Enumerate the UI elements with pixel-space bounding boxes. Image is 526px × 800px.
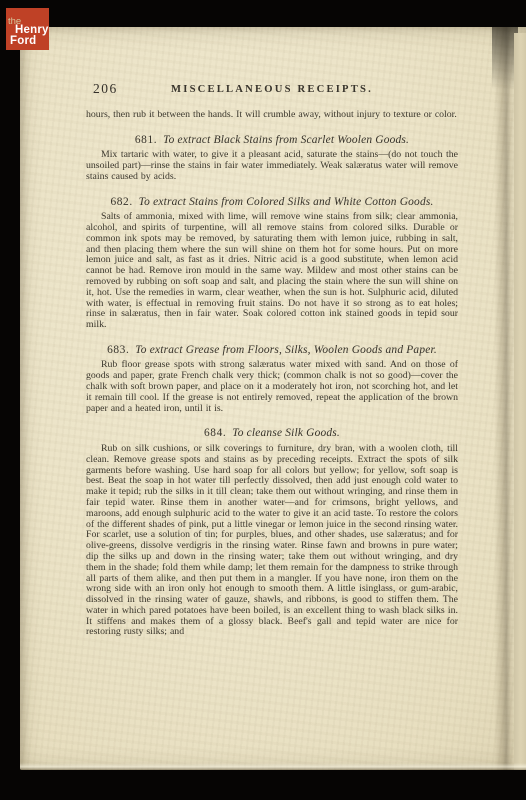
page-number: 206 <box>93 81 118 97</box>
continuation-paragraph: hours, then rub it between the hands. It… <box>86 110 458 121</box>
section-title: To extract Stains from Colored Silks and… <box>139 196 434 208</box>
section-heading: 684. To cleanse Silk Goods. <box>86 427 458 441</box>
page-right-edge <box>514 33 526 770</box>
photo-background: the Henry Ford 206 MISCELLANEOUS RECEIPT… <box>0 0 526 800</box>
section-number: 681. <box>135 134 157 146</box>
book-page: 206 MISCELLANEOUS RECEIPTS. hours, then … <box>20 27 526 770</box>
section-body: Rub floor grease spots with strong salær… <box>86 360 458 414</box>
printed-content: 206 MISCELLANEOUS RECEIPTS. hours, then … <box>86 81 458 638</box>
page-gutter-top-shadow <box>492 27 518 97</box>
section-body: Rub on silk cushions, or silk coverings … <box>86 444 458 638</box>
logo-text-ford: Ford <box>10 36 36 48</box>
running-header: MISCELLANEOUS RECEIPTS. <box>86 81 458 95</box>
section-body: Salts of ammonia, mixed with lime, will … <box>86 212 458 331</box>
section-number: 682. <box>110 196 132 208</box>
page-gutter-shadow <box>494 27 514 770</box>
receipt-section-683: 683. To extract Grease from Floors, Silk… <box>86 344 458 414</box>
section-number: 684. <box>204 427 226 439</box>
section-title: To extract Black Stains from Scarlet Woo… <box>163 134 409 146</box>
receipt-section-682: 682. To extract Stains from Colored Silk… <box>86 196 458 331</box>
section-heading: 681. To extract Black Stains from Scarle… <box>86 134 458 148</box>
section-title: To extract Grease from Floors, Silks, Wo… <box>135 344 437 356</box>
receipt-section-684: 684. To cleanse Silk Goods. Rub on silk … <box>86 427 458 638</box>
receipt-section-681: 681. To extract Black Stains from Scarle… <box>86 134 458 183</box>
section-heading: 683. To extract Grease from Floors, Silk… <box>86 344 458 358</box>
henry-ford-logo: the Henry Ford <box>6 8 49 50</box>
section-title: To cleanse Silk Goods. <box>232 427 340 439</box>
section-body: Mix tartaric with water, to give it a pl… <box>86 150 458 182</box>
page-header: 206 MISCELLANEOUS RECEIPTS. <box>86 81 458 99</box>
section-heading: 682. To extract Stains from Colored Silk… <box>86 196 458 210</box>
section-number: 683. <box>107 344 129 356</box>
page-bottom-edge <box>20 763 526 770</box>
